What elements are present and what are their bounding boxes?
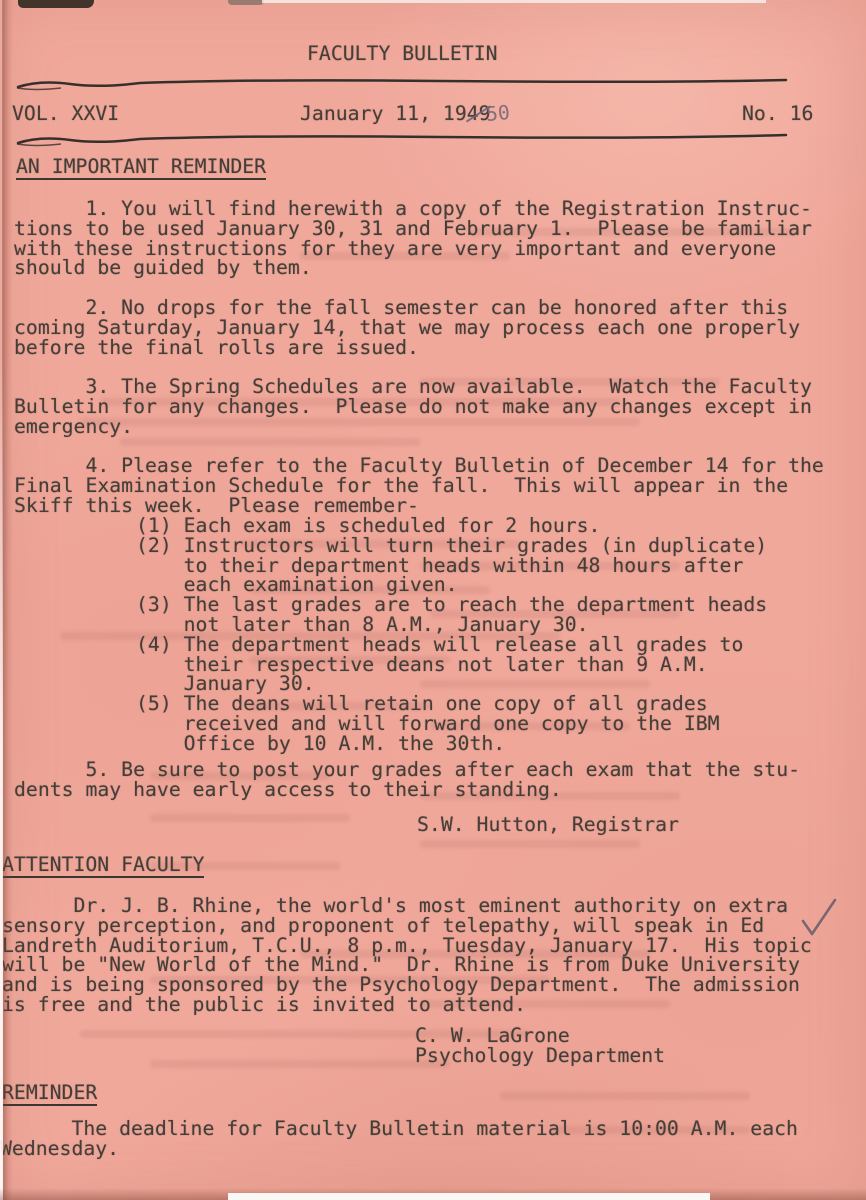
penciled-year-correction: 50 [485,103,510,125]
section-heading-text: AN IMPORTANT REMINDER [16,157,266,180]
paragraph-no-drops: 2. No drops for the fall semester can be… [14,298,800,357]
page-left-edge-shadow [2,0,13,1200]
bleedthrough-smudge [500,1092,750,1100]
text-line: Skiff this week. Please remember- [14,496,824,516]
scan-top-dark-mark [18,0,94,8]
text-line: (4) The department heads will release al… [136,635,767,655]
section-heading-text: REMINDER [2,1083,97,1106]
section-heading-important-reminder: AN IMPORTANT REMINDER [16,157,266,180]
page-title: FACULTY BULLETIN [307,44,498,64]
numbered-list-exam-rules: (1) Each exam is scheduled for 2 hours.(… [136,516,767,754]
issue-number: No. 16 [742,104,813,124]
text-line: 3. The Spring Schedules are now availabl… [14,377,812,397]
bleedthrough-smudge [120,438,420,446]
text-line: tions to be used January 30, 31 and Febr… [14,219,812,239]
text-line: Bulletin for any changes. Please do not … [14,397,812,417]
text-line: should be guided by them. [14,258,812,278]
text-line: Final Examination Schedule for the fall.… [14,476,824,496]
paragraph-final-exam-schedule: 4. Please refer to the Faculty Bulletin … [14,456,824,515]
scanned-bulletin-page: FACULTY BULLETIN VOL. XXVI January 11, 1… [0,0,866,1200]
scan-top-small-mark [228,0,264,5]
text-line: emergency. [14,417,812,437]
paragraph-dr-rhine-lecture: Dr. J. B. Rhine, the world's most eminen… [2,896,812,1015]
pencil-checkmark-icon [796,894,840,938]
scan-bottom-background-sliver [228,1193,710,1200]
text-line: 2. No drops for the fall semester can be… [14,298,800,318]
text-line: 1. You will find herewith a copy of the … [14,199,812,219]
divider-rule [14,133,792,147]
text-line: (3) The last grades are to reach the dep… [136,595,767,615]
section-heading-text: ATTENTION FACULTY [2,855,204,878]
text-line: (2) Instructors will turn their grades (… [136,536,767,556]
text-line: Wednesday. [0,1139,798,1159]
text-line: before the final rolls are issued. [14,338,800,358]
text-line: not later than 8 A.M., January 30. [136,615,767,635]
volume-label: VOL. XXVI [12,104,119,124]
bleedthrough-smudge [150,1060,450,1068]
scan-left-background [0,0,3,1200]
text-line: The deadline for Faculty Bulletin materi… [0,1119,798,1139]
text-line: Office by 10 A.M. the 30th. [136,734,767,754]
section-heading-reminder: REMINDER [2,1083,97,1106]
paragraph-deadline: The deadline for Faculty Bulletin materi… [0,1119,798,1159]
bleedthrough-smudge [150,814,350,822]
issue-date-typed: January 11, 19 [300,102,467,125]
text-line: Dr. J. B. Rhine, the world's most eminen… [2,896,812,916]
paragraph-post-grades: 5. Be sure to post your grades after eac… [14,760,800,800]
scan-top-background-sliver [262,0,766,3]
text-line: dents may have early access to their sta… [14,780,800,800]
text-line: coming Saturday, January 14, that we may… [14,318,800,338]
issue-date: January 11, 194950 [300,104,509,124]
text-line: C. W. LaGrone [415,1026,665,1046]
text-line: 4. Please refer to the Faculty Bulletin … [14,456,824,476]
bleedthrough-smudge [420,840,640,848]
signature-registrar: S.W. Hutton, Registrar [417,815,679,835]
text-line: Psychology Department [415,1046,665,1066]
text-line: sensory perception, and proponent of tel… [2,916,812,936]
text-line: (5) The deans will retain one copy of al… [136,694,767,714]
text-line: and is being sponsored by the Psychology… [2,975,812,995]
text-line: is free and the public is invited to att… [2,995,812,1015]
text-line: (1) Each exam is scheduled for 2 hours. [136,516,767,536]
section-heading-attention-faculty: ATTENTION FACULTY [2,855,204,878]
text-line: received and will forward one copy to th… [136,714,767,734]
paragraph-registration-instructions: 1. You will find herewith a copy of the … [14,199,812,278]
text-line: 5. Be sure to post your grades after eac… [14,760,800,780]
divider-rule [14,77,792,91]
paragraph-spring-schedules: 3. The Spring Schedules are now availabl… [14,377,812,436]
signature-psychology-department: C. W. LaGronePsychology Department [415,1026,665,1066]
